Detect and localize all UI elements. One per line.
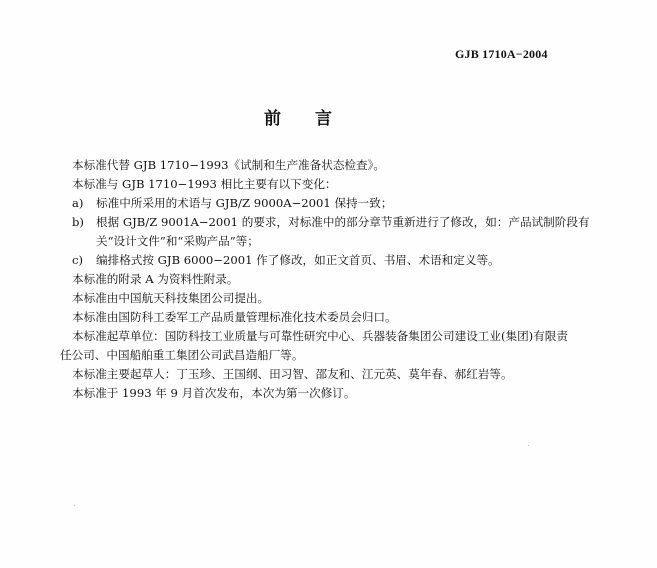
change-item-b: b)根据 GJB/Z 9001A−2001 的要求，对标准中的部分章节重新进行了… bbox=[72, 213, 590, 231]
paragraph-changes-intro: 本标准与 GJB 1710−1993 相比主要有以下变化： bbox=[72, 175, 337, 193]
item-label: b) bbox=[72, 213, 96, 231]
scan-speck bbox=[74, 505, 75, 506]
paragraph-drafters: 本标准主要起草人：丁玉珍、王国纲、田习智、邵友和、江元英、莫年春、郝红岩等。 bbox=[72, 365, 513, 383]
item-label: a) bbox=[72, 194, 96, 212]
paragraph-replaces: 本标准代替 GJB 1710−1993《试制和生产准备状态检查》。 bbox=[72, 156, 385, 174]
scan-speck bbox=[528, 445, 529, 446]
page-title: 前言 bbox=[264, 104, 332, 129]
title-char-2: 言 bbox=[315, 104, 332, 129]
paragraph-drafting-units: 本标准起草单位：国防科技工业质量与可靠性研究中心、兵器装备集团公司建设工业(集团… bbox=[72, 327, 568, 345]
change-item-a: a)标准中所采用的术语与 GJB/Z 9000A−2001 保持一致； bbox=[72, 194, 392, 212]
change-item-b-continuation: 关“设计文件”和“采购产品”等； bbox=[96, 232, 259, 250]
item-text: 根据 GJB/Z 9001A−2001 的要求，对标准中的部分章节重新进行了修改… bbox=[96, 215, 590, 229]
paragraph-history: 本标准于 1993 年 9 月首次发布，本次为第一次修订。 bbox=[72, 384, 356, 402]
title-char-1: 前 bbox=[264, 104, 281, 129]
change-item-c: c)编排格式按 GJB 6000−2001 作了修改，如正文首页、书眉、术语和定… bbox=[72, 251, 500, 269]
item-text: 标准中所采用的术语与 GJB/Z 9000A−2001 保持一致； bbox=[96, 196, 392, 210]
paragraph-appendix: 本标准的附录 A 为资料性附录。 bbox=[72, 270, 238, 288]
paragraph-drafting-units-continuation: 任公司、中国船舶重工集团公司武昌造船厂等。 bbox=[60, 346, 303, 364]
item-text: 编排格式按 GJB 6000−2001 作了修改，如正文首页、书眉、术语和定义等… bbox=[96, 253, 500, 267]
standard-number: GJB 1710A−2004 bbox=[455, 47, 548, 62]
paragraph-proposed-by: 本标准由中国航天科技集团公司提出。 bbox=[72, 289, 269, 307]
paragraph-centralized-by: 本标准由国防科工委军工产品质量管理标准化技术委员会归口。 bbox=[72, 308, 397, 326]
item-label: c) bbox=[72, 251, 96, 269]
